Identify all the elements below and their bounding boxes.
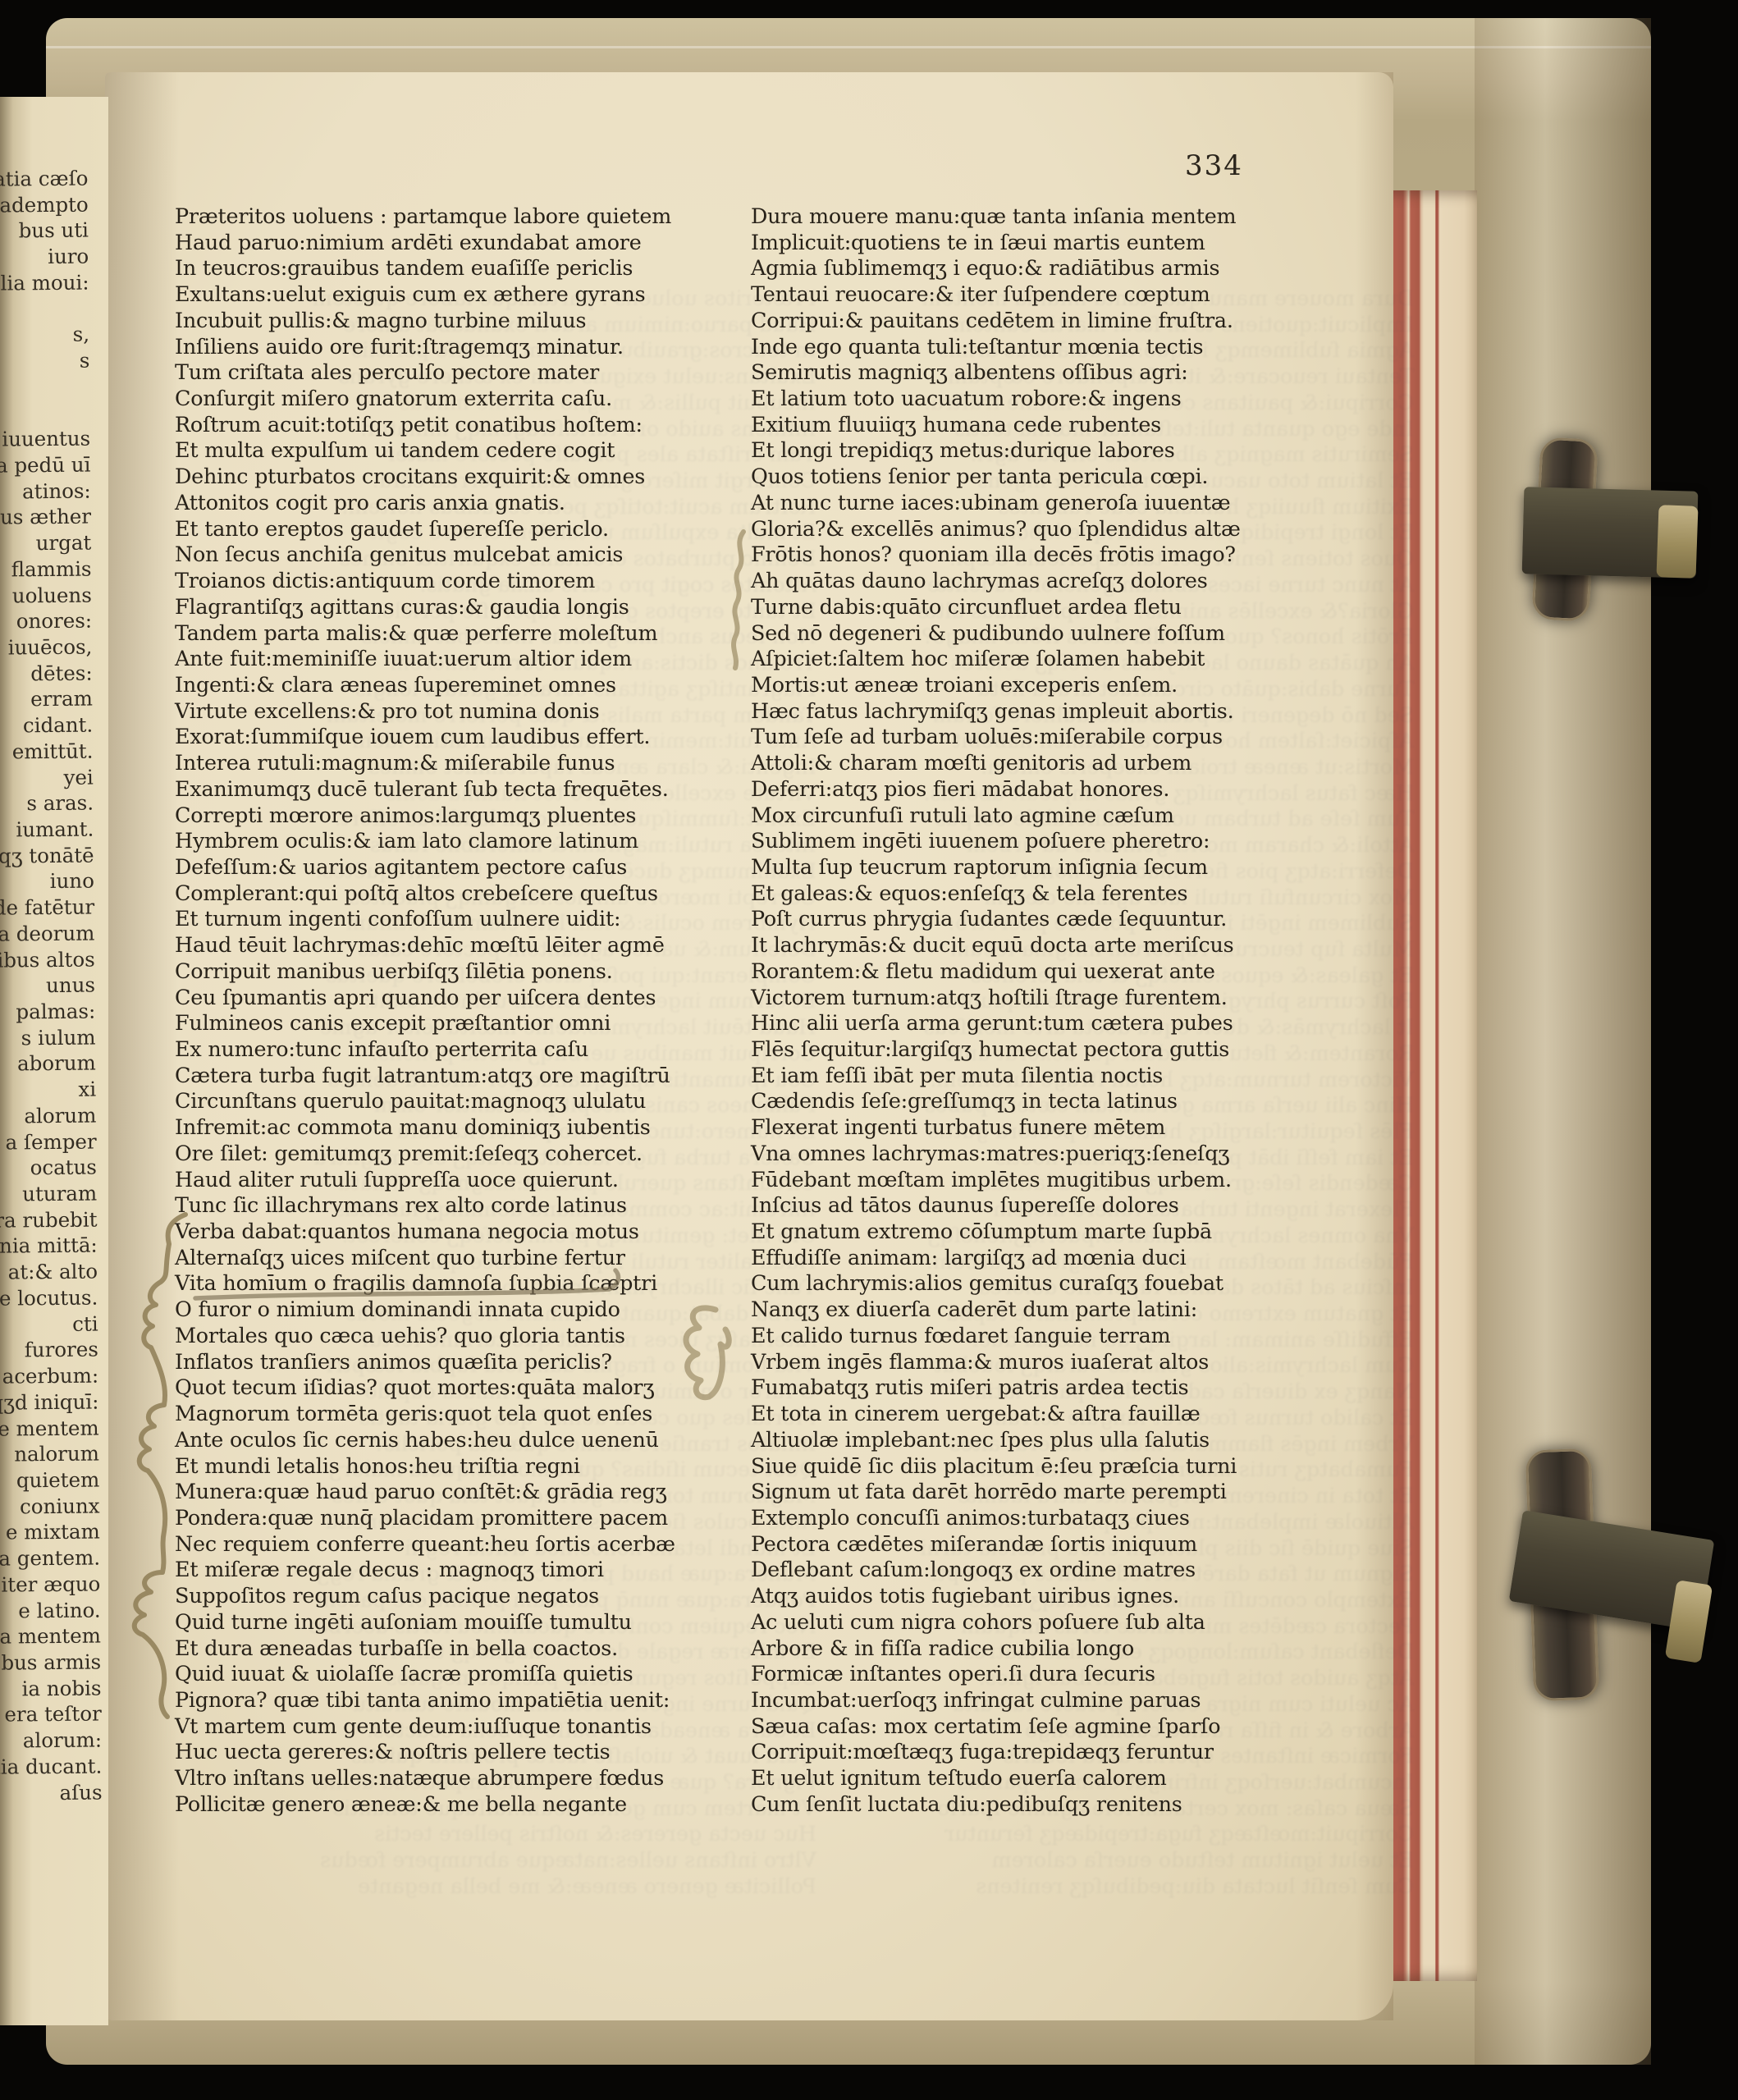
text-column-left: Præteritos uoluens : partamque labore qu… — [175, 204, 677, 1818]
red-stained-fore-edge — [1384, 190, 1477, 1981]
page-number: 334 — [1185, 149, 1243, 182]
text-column-right: Dura mouere manu:quæ tanta inſania mente… — [751, 204, 1276, 1818]
facing-page-edge: latia cæſot ademptobus utiiurolia moui:s… — [0, 97, 108, 2025]
book-photo: Præteritos uoluens : partamque labore qu… — [0, 0, 1738, 2100]
top-strap-brass-tip — [1656, 505, 1698, 579]
facing-page-line-endings: latia cæſot ademptobus utiiurolia moui:s… — [0, 166, 108, 1806]
